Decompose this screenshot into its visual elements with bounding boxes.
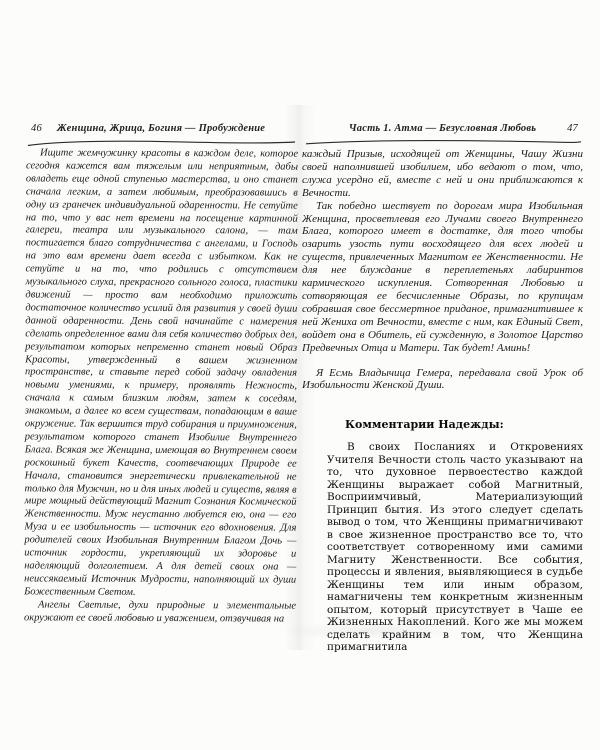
paragraph: Ангелы Светлые, духи природные и элемент… <box>24 599 296 626</box>
left-page-body: Ищите жемчужинку красоты в каждом деле, … <box>24 147 298 626</box>
left-running-head: 46 Женщина, Жрица, Богиня — Пробуждение <box>25 121 297 136</box>
paragraph: каждый Призыв, исходящей от Женщины, Чаш… <box>302 148 583 200</box>
paragraph: Ищите жемчужинку красоты в каждом деле, … <box>24 147 298 600</box>
paragraph: В своих Посланиях и Откровениях Учителя … <box>327 441 583 654</box>
right-running-head: Часть 1. Атма — Безусловная Любовь 47 <box>302 121 583 136</box>
right-page-number: 47 <box>567 121 578 136</box>
right-header-rule <box>302 139 583 147</box>
left-page-number: 46 <box>31 121 42 136</box>
paragraph: Комментарии Надежды: <box>327 418 583 431</box>
right-running-title: Часть 1. Атма — Безусловная Любовь <box>302 121 583 136</box>
right-page: Часть 1. Атма — Безусловная Любовь 47 ка… <box>302 0 583 750</box>
left-header-rule <box>25 139 297 147</box>
left-page: 46 Женщина, Жрица, Богиня — Пробуждение … <box>25 0 297 750</box>
book-spread: 46 Женщина, Жрица, Богиня — Пробуждение … <box>0 0 600 750</box>
left-running-title: Женщина, Жрица, Богиня — Пробуждение <box>25 121 297 136</box>
paragraph: Я Есмь Владычица Гемера, передавала свой… <box>302 367 583 393</box>
paragraph: Так победно шествует по дорогам мира Изо… <box>302 200 583 355</box>
right-page-body: каждый Призыв, исходящей от Женщины, Чаш… <box>302 148 583 654</box>
